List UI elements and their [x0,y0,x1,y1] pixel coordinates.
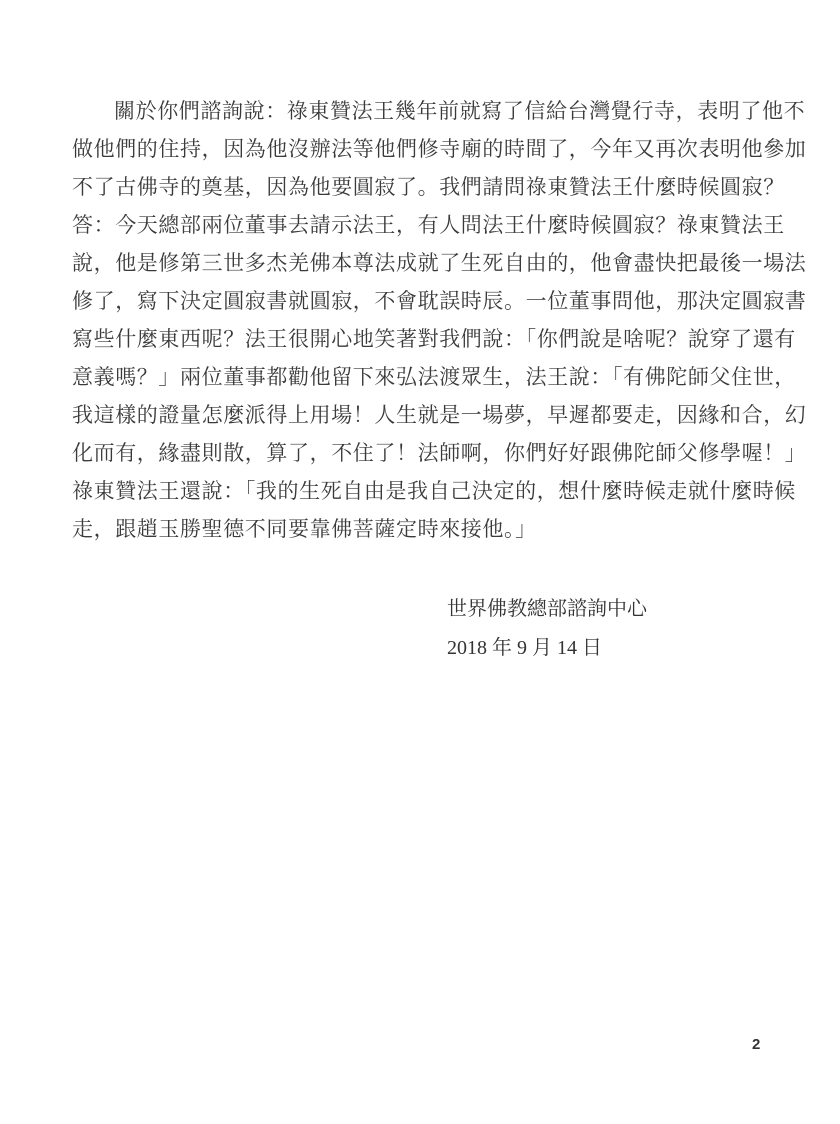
paragraph-line: 不了古佛寺的奠基，因為他要圓寂了。我們請問祿東贊法王什麼時候圓寂？ [72,168,776,206]
signature-date: 2018 年 9 月 14 日 [447,628,647,668]
document-page: 關於你們諮詢說：祿東贊法王幾年前就寫了信給台灣覺行寺，表明了他不 做他們的住持，… [0,0,840,1124]
paragraph-line: 修了，寫下決定圓寂書就圓寂，不會耽誤時辰。一位董事問他，那決定圓寂書 [72,282,776,320]
page-number: 2 [752,1036,760,1053]
paragraph-line: 寫些什麼東西呢？法王很開心地笑著對我們說：「你們說是啥呢？說穿了還有 [72,320,776,358]
paragraph-line: 祿東贊法王還說：「我的生死自由是我自己決定的，想什麼時候走就什麼時候 [72,472,776,510]
paragraph-line: 意義嗎？」兩位董事都勸他留下來弘法渡眾生，法王說：「有佛陀師父住世， [72,358,776,396]
paragraph-line: 做他們的住持，因為他沒辦法等他們修寺廟的時間了，今年又再次表明他參加 [72,130,776,168]
paragraph-line: 走，跟趙玉勝聖德不同要靠佛菩薩定時來接他。」 [72,510,776,548]
paragraph-line: 化而有，緣盡則散，算了，不住了！法師啊，你們好好跟佛陀師父修學喔！」 [72,434,776,472]
paragraph-line: 我這樣的證量怎麼派得上用場！人生就是一場夢，早遲都要走，因緣和合，幻 [72,396,776,434]
paragraph-line: 答：今天總部兩位董事去請示法王，有人問法王什麼時候圓寂？祿東贊法王 [72,206,776,244]
body-paragraph: 關於你們諮詢說：祿東贊法王幾年前就寫了信給台灣覺行寺，表明了他不 做他們的住持，… [72,92,776,548]
signature-block: 世界佛教總部諮詢中心 2018 年 9 月 14 日 [447,588,647,668]
paragraph-line: 說，他是修第三世多杰羌佛本尊法成就了生死自由的，他會盡快把最後一場法 [72,244,776,282]
paragraph-line: 關於你們諮詢說：祿東贊法王幾年前就寫了信給台灣覺行寺，表明了他不 [72,92,776,130]
signature-organization: 世界佛教總部諮詢中心 [447,588,647,628]
